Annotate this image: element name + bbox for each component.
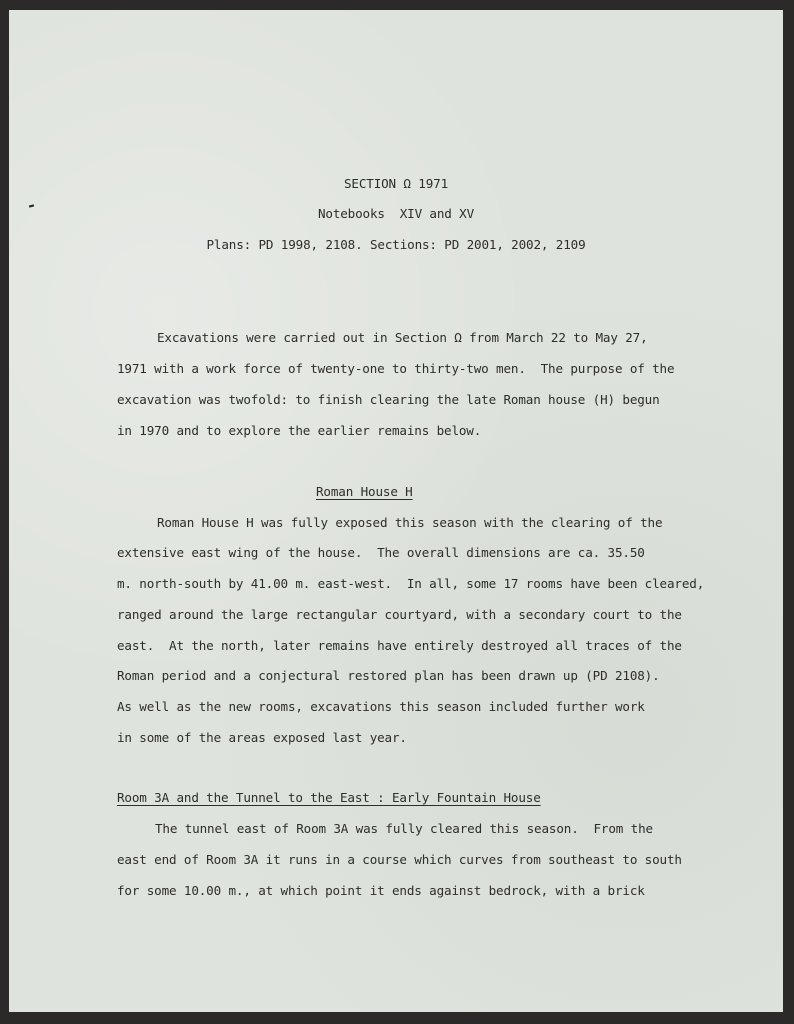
roman-house-line-4: ranged around the large rectangular cour… xyxy=(117,609,682,622)
roman-house-line-7: As well as the new rooms, excavations th… xyxy=(117,701,645,714)
section-title: SECTION Ω 1971 xyxy=(9,178,783,191)
roman-house-line-8: in some of the areas exposed last year. xyxy=(117,732,407,745)
document-page: SECTION Ω 1971 Notebooks XIV and XV Plan… xyxy=(9,10,783,1012)
roman-house-line-2: extensive east wing of the house. The ov… xyxy=(117,547,645,560)
roman-house-line-6: Roman period and a conjectural restored … xyxy=(117,670,660,683)
notebooks-line: Notebooks XIV and XV xyxy=(9,208,783,221)
plans-sections-line: Plans: PD 1998, 2108. Sections: PD 2001,… xyxy=(9,239,783,252)
roman-house-heading: Roman House H xyxy=(316,486,413,499)
roman-house-line-5: east. At the north, later remains have e… xyxy=(117,640,682,653)
intro-line-4: in 1970 and to explore the earlier remai… xyxy=(117,425,481,438)
room-3a-line-1: The tunnel east of Room 3A was fully cle… xyxy=(155,823,653,836)
room-3a-line-3: for some 10.00 m., at which point it end… xyxy=(117,885,645,898)
roman-house-line-3: m. north-south by 41.00 m. east-west. In… xyxy=(117,578,704,591)
room-3a-line-2: east end of Room 3A it runs in a course … xyxy=(117,854,682,867)
intro-line-1: Excavations were carried out in Section … xyxy=(157,332,648,345)
intro-line-2: 1971 with a work force of twenty-one to … xyxy=(117,363,674,376)
roman-house-line-1: Roman House H was fully exposed this sea… xyxy=(157,517,662,530)
intro-line-3: excavation was twofold: to finish cleari… xyxy=(117,394,660,407)
room-3a-heading: Room 3A and the Tunnel to the East : Ear… xyxy=(117,792,541,805)
